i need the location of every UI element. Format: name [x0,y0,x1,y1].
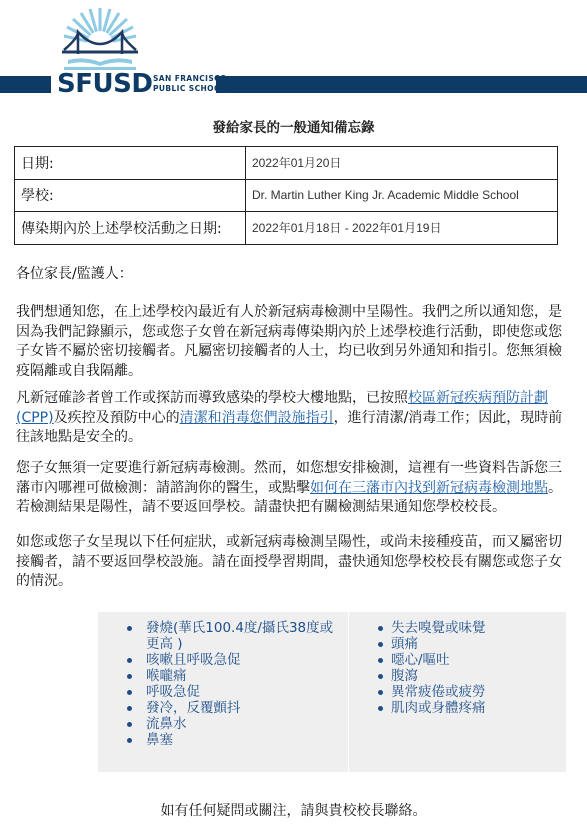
greeting: 各位家長/監護人： [16,265,572,285]
sfusd-logo-icon [60,4,140,74]
paragraph-cleaning: 凡新冠確診者曾工作或探訪而導致感染的學校大樓地點，已按照校區新冠疾病預防計劃(C… [16,389,572,448]
logo-wordmark: SFUSD [57,71,152,97]
list-item: 頭痛 [349,636,566,652]
paragraph-cleaning-text-2: 及疾控及預防中心的 [54,410,180,426]
paragraph-notification: 我們想通知您，在上述學校內最近有人於新冠病毒檢測中呈陽性。我們之所以通知您，是因… [16,303,572,381]
symptoms-list-right: 失去嗅覺或味覺 頭痛 噁心/嘔吐 腹瀉 異常疲倦或疲勞 肌肉或身體疼痛 [349,612,566,716]
cleaning-guidance-link[interactable]: 清潔和消毒您們設施指引 [180,410,334,426]
table-row: 學校: Dr. Martin Luther King Jr. Academic … [15,179,558,212]
paragraph-symptoms-intro: 如您或您子女呈現以下任何症狀，或新冠病毒檢測呈陽性，或尚未接種疫苗，而又屬密切接… [16,533,572,592]
header-bar-right [216,76,587,93]
list-item: 發燒(華氏100.4度/攝氏38度或更高 ) [98,620,348,652]
logo-subtitle: SAN FRANCISCO PUBLIC SCHOOLS [153,74,232,94]
logo-subtitle-line1: SAN FRANCISCO [153,74,232,84]
date-label: 日期: [15,147,246,180]
symptoms-column-right: 失去嗅覺或味覺 頭痛 噁心/嘔吐 腹瀉 異常疲倦或疲勞 肌肉或身體疼痛 [349,612,566,772]
document-title: 發給家長的一般通知備忘錄 [0,116,587,136]
list-item: 呼吸急促 [98,684,348,700]
logo-subtitle-line2: PUBLIC SCHOOLS [153,84,232,94]
info-table: 日期: 2022年01月20日 學校: Dr. Martin Luther Ki… [14,146,558,245]
list-item: 鼻塞 [98,732,348,748]
header-bar-left [0,76,51,93]
list-item: 肌肉或身體疼痛 [349,700,566,716]
infectious-period-value: 2022年01月18日 - 2022年01月19日 [246,212,558,245]
paragraph-cleaning-text-1: 凡新冠確診者曾工作或探訪而導致感染的學校大樓地點，已按照 [16,390,408,406]
list-item: 流鼻水 [98,716,348,732]
table-row: 傳染期內於上述學校活動之日期: 2022年01月18日 - 2022年01月19… [15,212,558,245]
school-value: Dr. Martin Luther King Jr. Academic Midd… [246,179,558,212]
list-item: 失去嗅覺或味覺 [349,620,566,636]
list-item: 噁心/嘔吐 [349,652,566,668]
symptoms-box: 發燒(華氏100.4度/攝氏38度或更高 ) 咳嗽且呼吸急促 喉嚨痛 呼吸急促 … [98,612,566,772]
footer-contact-note: 如有任何疑問或關注，請與貴校校長聯絡。 [0,800,587,820]
school-label: 學校: [15,179,246,212]
table-row: 日期: 2022年01月20日 [15,147,558,180]
list-item: 咳嗽且呼吸急促 [98,652,348,668]
list-item: 喉嚨痛 [98,668,348,684]
infectious-period-label: 傳染期內於上述學校活動之日期: [15,212,246,245]
symptoms-list-left: 發燒(華氏100.4度/攝氏38度或更高 ) 咳嗽且呼吸急促 喉嚨痛 呼吸急促 … [98,612,348,748]
list-item: 腹瀉 [349,668,566,684]
symptoms-column-left: 發燒(華氏100.4度/攝氏38度或更高 ) 咳嗽且呼吸急促 喉嚨痛 呼吸急促 … [98,612,348,772]
header: SFUSD SAN FRANCISCO PUBLIC SCHOOLS [0,0,587,100]
date-value: 2022年01月20日 [246,147,558,180]
testing-sites-link[interactable]: 如何在三藩市內找到新冠病毒檢測地點 [310,480,548,496]
list-item: 異常疲倦或疲勞 [349,684,566,700]
list-item: 發冷，反覆顫抖 [98,700,348,716]
paragraph-testing: 您子女無須一定要進行新冠病毒檢測。然而，如您想安排檢測，這裡有一些資料告訴您三藩… [16,459,572,518]
